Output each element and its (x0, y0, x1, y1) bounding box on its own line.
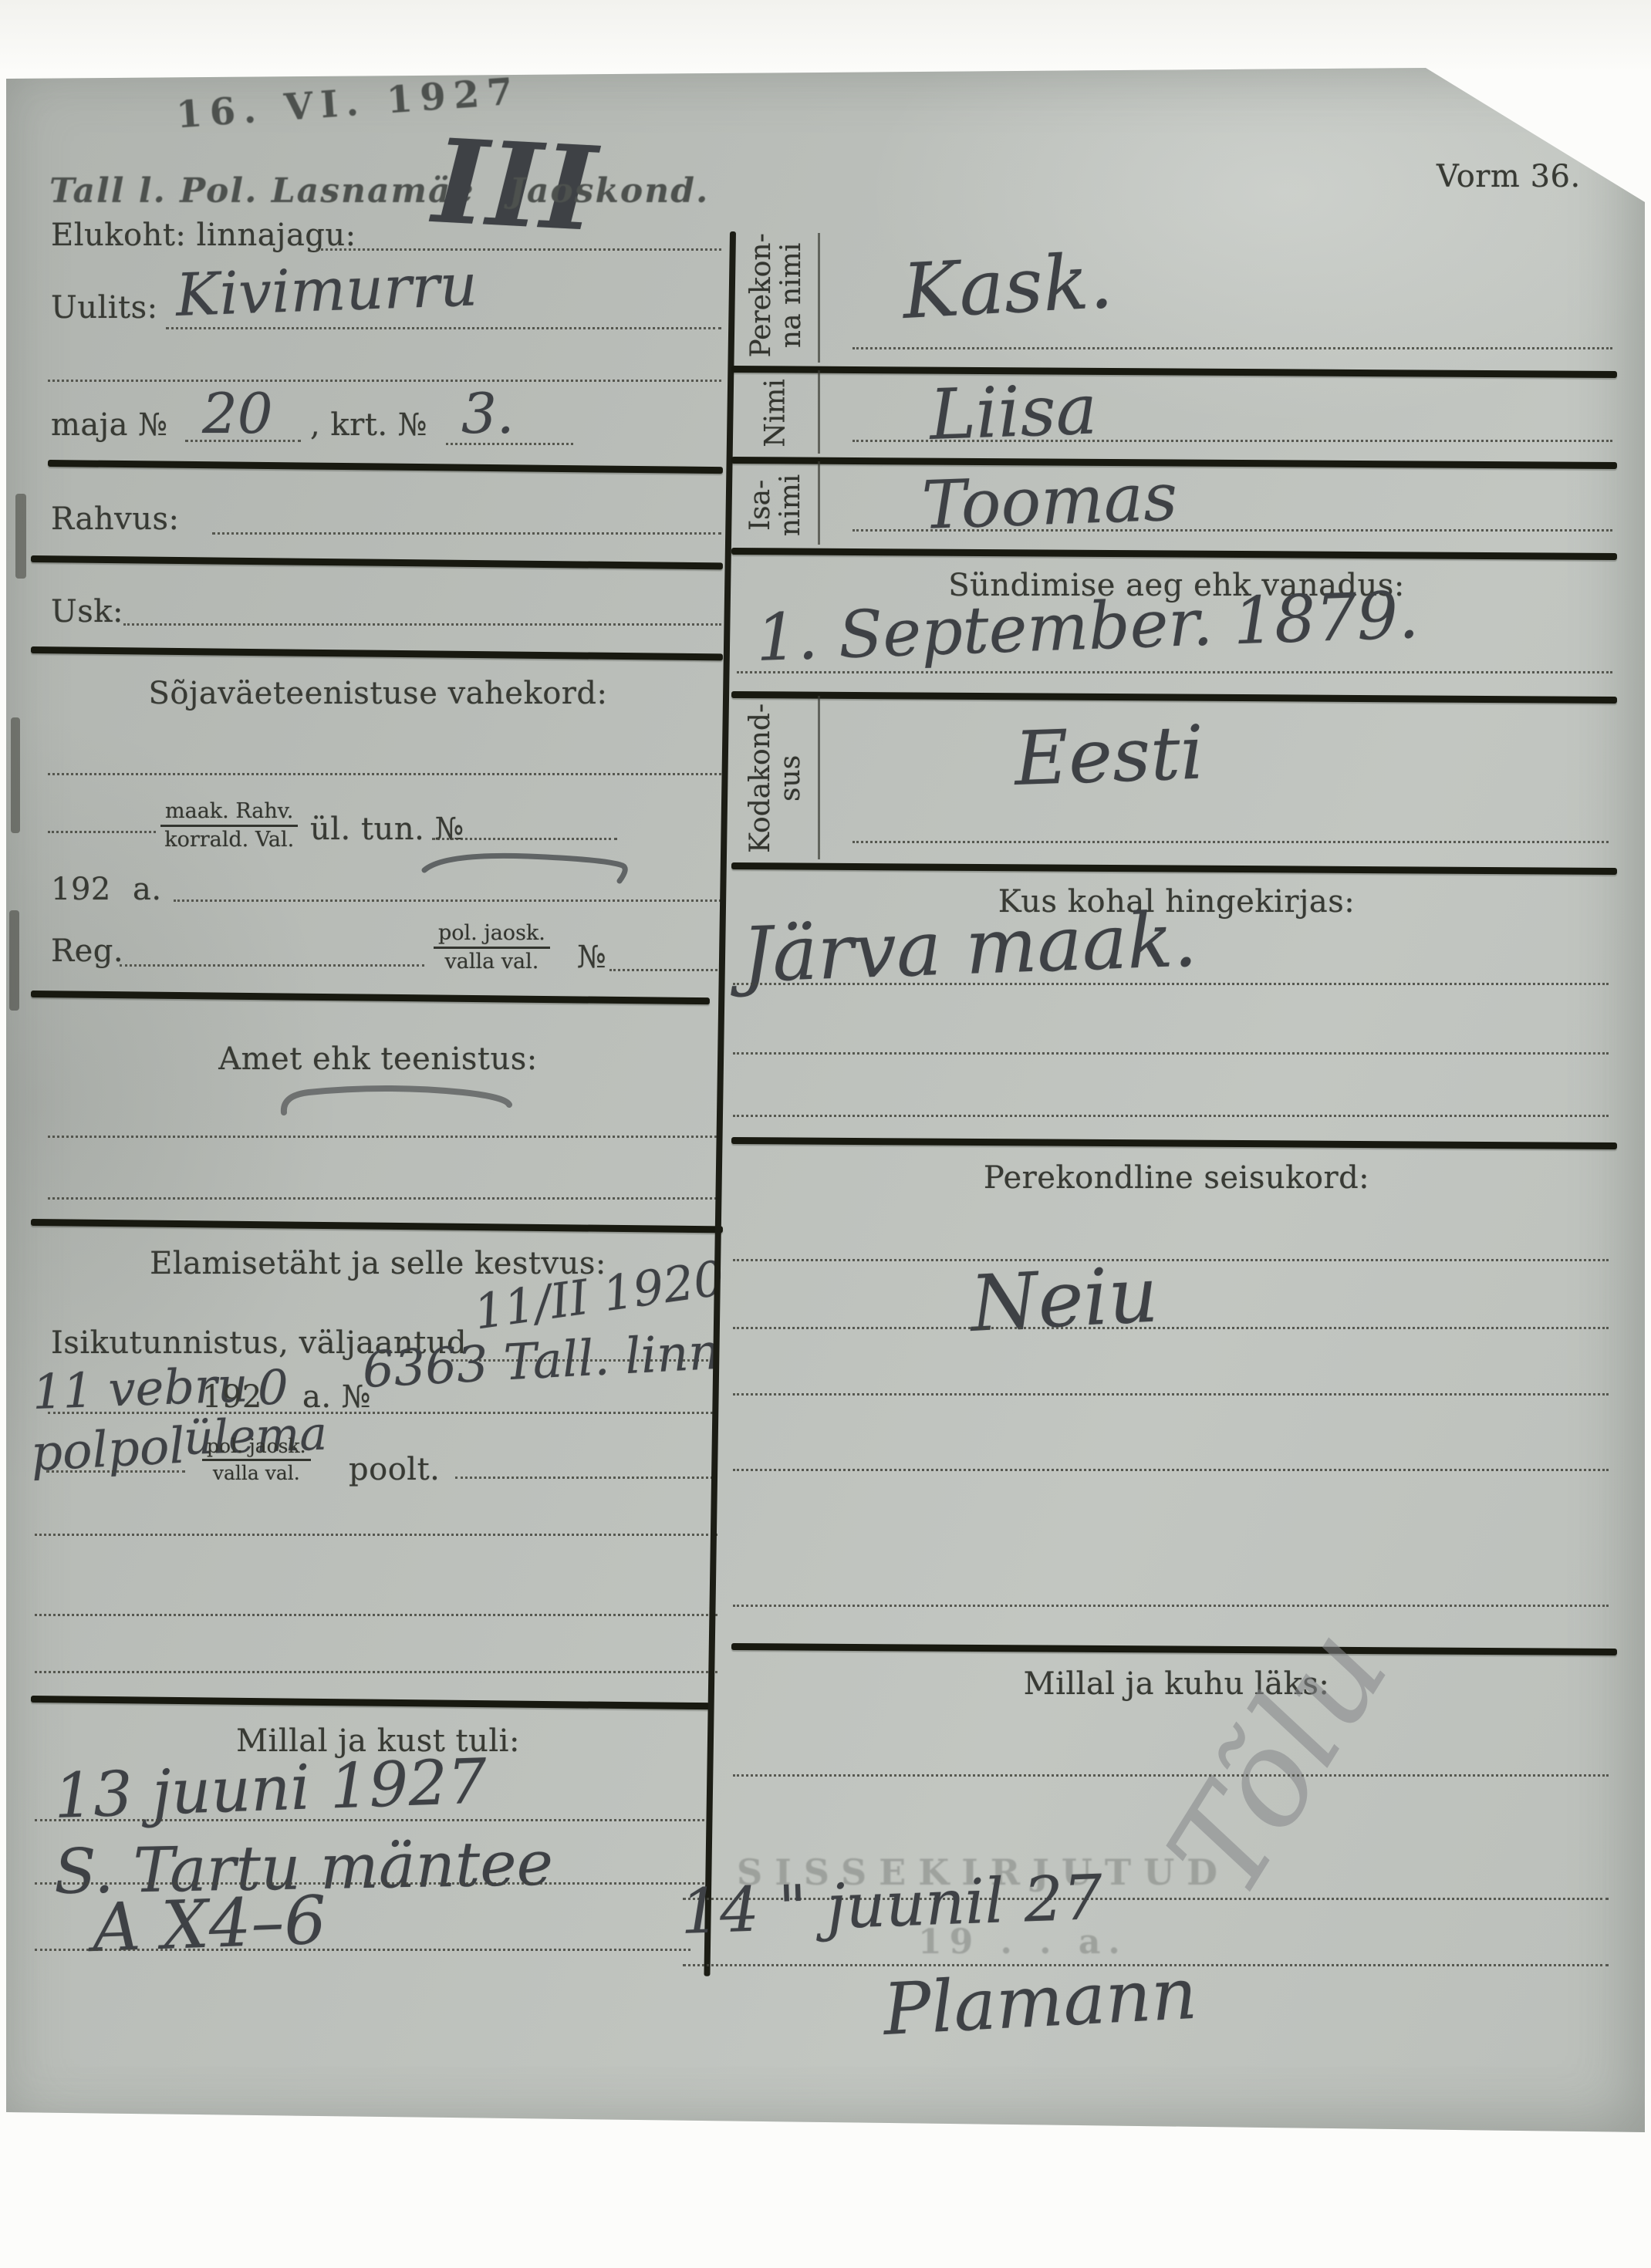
handwritten-stroke (278, 1082, 517, 1120)
dotted-line (120, 964, 424, 967)
maak-rahv-fraction: maak. Rahv. korrald. Val. (160, 801, 298, 852)
maak-rahv-bottom: korrald. Val. (160, 827, 298, 851)
elukoht-label: Elukoht: linnajagu: (51, 218, 356, 253)
pol-jaosk-fraction-2: pol. jaosk. valla val. (202, 1436, 311, 1484)
dotted-line (35, 1819, 710, 1821)
dotted-line (609, 969, 721, 971)
dotted-line (853, 440, 1612, 442)
isanimi-label-line2: nimi (776, 461, 806, 549)
seisukord-header: Perekondline seisukord: (733, 1160, 1620, 1196)
sojavae-header: Sõjaväeteenistuse vahekord: (35, 676, 721, 711)
tuli-line3-handwritten: A X4–6 (91, 1882, 327, 1967)
laks-header: Millal ja kuhu läks: (733, 1666, 1620, 1702)
kodakondsus-label-line2: sus (776, 695, 806, 862)
nimi-label-line1: Nimi (761, 370, 792, 456)
dotted-line (455, 1477, 717, 1479)
dotted-line (853, 347, 1612, 349)
label-separator-line (818, 461, 820, 545)
uulits-label: Uulits: (51, 290, 158, 326)
no-label: № (577, 940, 606, 975)
perekonnanimi-value-handwritten: Kask. (900, 238, 1115, 336)
perekonnanimi-label-line1: Perekon- (747, 229, 777, 362)
ink-smudge (11, 717, 20, 833)
year-a-label: a. (133, 872, 162, 907)
dotted-line (46, 1470, 185, 1473)
uulits-value-handwritten: Kivimurru (174, 250, 478, 329)
maak-rahv-top: maak. Rahv. (160, 801, 298, 827)
kodakondsus-value-handwritten: Eesti (1013, 709, 1205, 802)
dotted-line (35, 1882, 710, 1885)
dotted-line (35, 1534, 717, 1536)
dotted-line (35, 1614, 717, 1616)
dotted-line (733, 1393, 1609, 1396)
label-separator-line (818, 233, 820, 363)
pol-jaosk-top: pol. jaosk. (434, 923, 550, 949)
isiku-line2-hw-digit: 0 (258, 1359, 288, 1416)
dotted-line (432, 838, 617, 840)
dotted-line (123, 623, 721, 626)
ul-tun-label: ül. tun. № (310, 812, 464, 847)
seisukord-value-handwritten: Neiu (968, 1249, 1160, 1349)
isiku-line3-hw-polpol: polpol (29, 1418, 187, 1483)
dotted-line (48, 831, 156, 833)
dotted-line (185, 440, 301, 442)
vorm-label: Vorm 36. (1437, 159, 1581, 194)
police-office-stamp-suffix: Jaoskond. (509, 171, 709, 211)
isanimi-label: Isa- nimi (746, 461, 806, 549)
pol-jaosk-bottom: valla val. (434, 949, 550, 973)
dotted-line (733, 1774, 1609, 1777)
dotted-line (733, 983, 1609, 985)
dotted-line (446, 443, 573, 445)
isanimi-label-line1: Isa- (746, 461, 776, 549)
reg-label: Reg. (51, 933, 123, 969)
dotted-line (733, 1259, 1609, 1261)
kodakondsus-label: Kodakond- sus (746, 695, 806, 862)
dotted-line (35, 1671, 717, 1673)
nimi-value-handwritten: Liisa (928, 369, 1099, 456)
dotted-line (48, 1136, 721, 1138)
dotted-line (212, 532, 721, 535)
dotted-line (316, 248, 721, 251)
maja-value-handwritten: 20 (202, 381, 273, 446)
dotted-line (853, 841, 1609, 843)
kodakondsus-label-line1: Kodakond- (746, 695, 776, 862)
year-prefix: 192 (51, 872, 111, 907)
krt-label: , krt. № (310, 407, 427, 443)
scanner-background (0, 0, 1651, 73)
poolt-label: poolt. (349, 1452, 440, 1487)
dotted-line (733, 1327, 1609, 1329)
ink-smudge (15, 494, 26, 579)
police-office-stamp: Tall l. Pol. Lasnamäe (49, 171, 475, 211)
perekonnanimi-label-line2: na nimi (777, 229, 807, 362)
ink-smudge (9, 910, 19, 1011)
dotted-line (733, 1605, 1609, 1607)
dotted-line (48, 380, 721, 382)
label-separator-line (818, 370, 820, 454)
dotted-line (35, 1949, 690, 1951)
nimi-label: Nimi (761, 370, 792, 456)
dotted-line (853, 529, 1612, 532)
official-signature-handwritten: Plamann (881, 1952, 1199, 2051)
dotted-line (737, 671, 1612, 673)
maja-label: maja № (51, 407, 168, 443)
handwritten-stroke (420, 847, 636, 886)
rahvus-label: Rahvus: (51, 501, 180, 537)
registered-date-handwritten: 14 " juunil 27 (679, 1861, 1103, 1948)
dotted-line (48, 773, 721, 775)
dotted-line (733, 1052, 1609, 1055)
dotted-line (733, 1115, 1609, 1117)
krt-value-handwritten: 3. (461, 381, 515, 446)
pol-jaosk-fraction: pol. jaosk. valla val. (434, 923, 550, 974)
isanimi-value-handwritten: Toomas (920, 458, 1178, 544)
pol-jaosk-top: pol. jaosk. (202, 1436, 311, 1461)
dotted-line (48, 1197, 721, 1200)
dotted-line (733, 1469, 1609, 1471)
dotted-line (174, 899, 721, 902)
label-separator-line (818, 696, 820, 859)
dotted-line (166, 327, 721, 329)
dotted-line (48, 1412, 717, 1414)
usk-label: Usk: (51, 594, 123, 629)
amet-header: Amet ehk teenistus: (35, 1041, 721, 1077)
pol-jaosk-bottom: valla val. (202, 1461, 311, 1483)
perekonnanimi-label: Perekon- na nimi (747, 229, 807, 362)
